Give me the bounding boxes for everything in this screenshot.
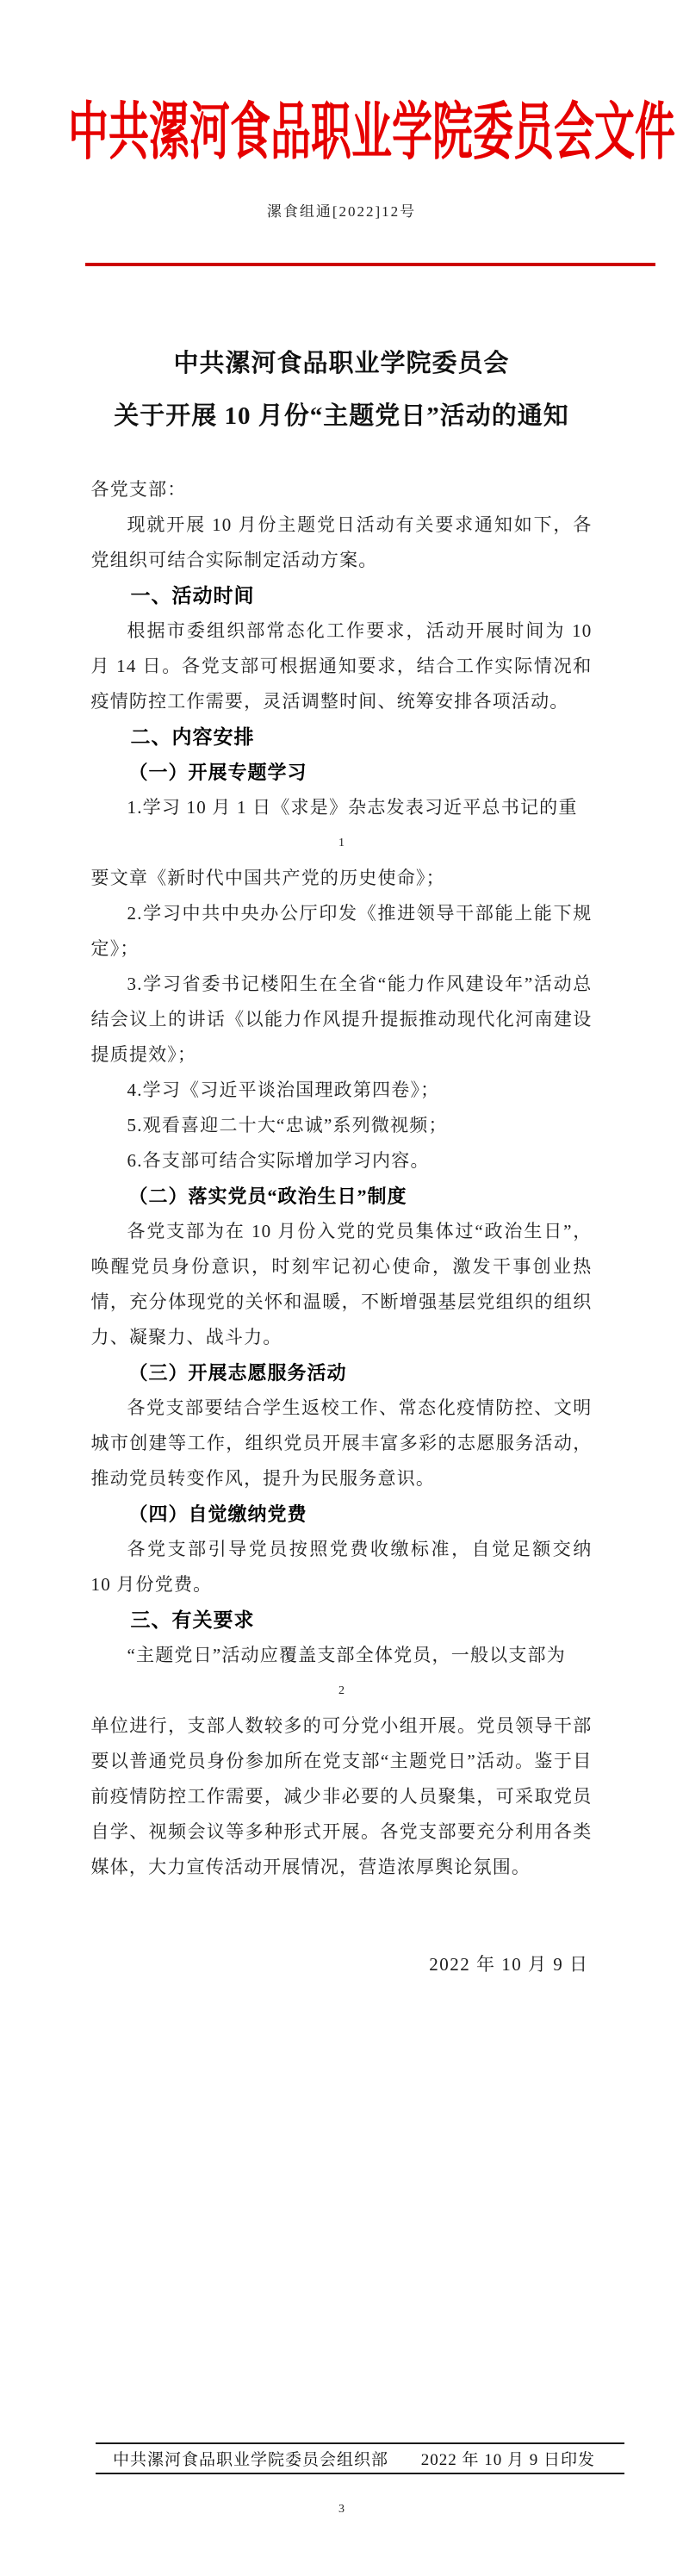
study-item-5: 5.观看喜迎二十大“忠诚”系列微视频； <box>91 1108 593 1143</box>
document-number: 漯食组通[2022]12号 <box>0 199 683 221</box>
study-item-2: 2.学习中共中央办公厅印发《推进领导干部能上能下规定》； <box>91 896 593 967</box>
letterhead: 中共漯河食品职业学院委员会文件 <box>0 0 683 140</box>
section-3-part-a: “主题党日”活动应覆盖支部全体党员，一般以支部为 <box>91 1638 593 1673</box>
section-3-part-b: 单位进行，支部人数较多的可分党小组开展。党员领导干部要以普通党员身份参加所在党支… <box>91 1708 593 1885</box>
document-title-block: 中共漯河食品职业学院委员会 关于开展 10 月份“主题党日”活动的通知 <box>0 350 683 430</box>
section-2-1-heading: （一）开展专题学习 <box>91 755 593 790</box>
document-title-subject: 关于开展 10 月份“主题党日”活动的通知 <box>0 402 683 430</box>
letterhead-title: 中共漯河食品职业学院委员会文件 <box>68 83 675 172</box>
section-2-2-paragraph: 各党支部为在 10 月份入党的党员集体过“政治生日”，唤醒党员身份意识，时刻牢记… <box>91 1214 593 1355</box>
page-number-1: 1 <box>91 825 593 861</box>
print-footer: 中共漯河食品职业学院委员会组织部 2022 年 10 月 9 日印发 <box>96 2442 624 2474</box>
salutation: 各党支部： <box>91 472 593 507</box>
section-3-heading: 三、有关要求 <box>91 1602 593 1638</box>
study-item-1-part-b: 要文章《新时代中国共产党的历史使命》； <box>91 861 593 896</box>
red-divider-rule <box>85 263 655 266</box>
section-2-3-heading: （三）开展志愿服务活动 <box>91 1355 593 1391</box>
study-item-6: 6.各支部可结合实际增加学习内容。 <box>91 1143 593 1179</box>
section-1-paragraph: 根据市委组织部常态化工作要求，活动开展时间为 10 月 14 日。各党支部可根据… <box>91 613 593 719</box>
footer-print-date: 2022 年 10 月 9 日印发 <box>421 2447 595 2470</box>
page-number-2: 2 <box>91 1673 593 1708</box>
study-item-1-part-a: 1.学习 10 月 1 日《求是》杂志发表习近平总书记的重 <box>91 790 593 825</box>
section-2-heading: 二、内容安排 <box>91 719 593 755</box>
footer-issuer: 中共漯河食品职业学院委员会组织部 <box>113 2447 388 2470</box>
study-item-4: 4.学习《习近平谈治国理政第四卷》； <box>91 1073 593 1108</box>
document-body: 各党支部： 现就开展 10 月份主题党日活动有关要求通知如下，各党组织可结合实际… <box>91 472 593 1982</box>
section-2-2-heading: （二）落实党员“政治生日”制度 <box>91 1179 593 1214</box>
section-2-4-heading: （四）自觉缴纳党费 <box>91 1496 593 1532</box>
intro-paragraph: 现就开展 10 月份主题党日活动有关要求通知如下，各党组织可结合实际制定活动方案… <box>91 507 593 578</box>
study-item-3: 3.学习省委书记楼阳生在全省“能力作风建设年”活动总结会议上的讲话《以能力作风提… <box>91 967 593 1073</box>
page-number-3: 3 <box>0 2503 683 2517</box>
document-title-org: 中共漯河食品职业学院委员会 <box>0 350 683 377</box>
document-page: 中共漯河食品职业学院委员会文件 漯食组通[2022]12号 中共漯河食品职业学院… <box>0 0 683 2576</box>
section-1-heading: 一、活动时间 <box>91 578 593 613</box>
section-2-4-paragraph: 各党支部引导党员按照党费收缴标准，自觉足额交纳 10 月份党费。 <box>91 1532 593 1602</box>
signature-date: 2022 年 10 月 9 日 <box>91 1947 593 1982</box>
section-2-3-paragraph: 各党支部要结合学生返校工作、常态化疫情防控、文明城市创建等工作，组织党员开展丰富… <box>91 1391 593 1496</box>
